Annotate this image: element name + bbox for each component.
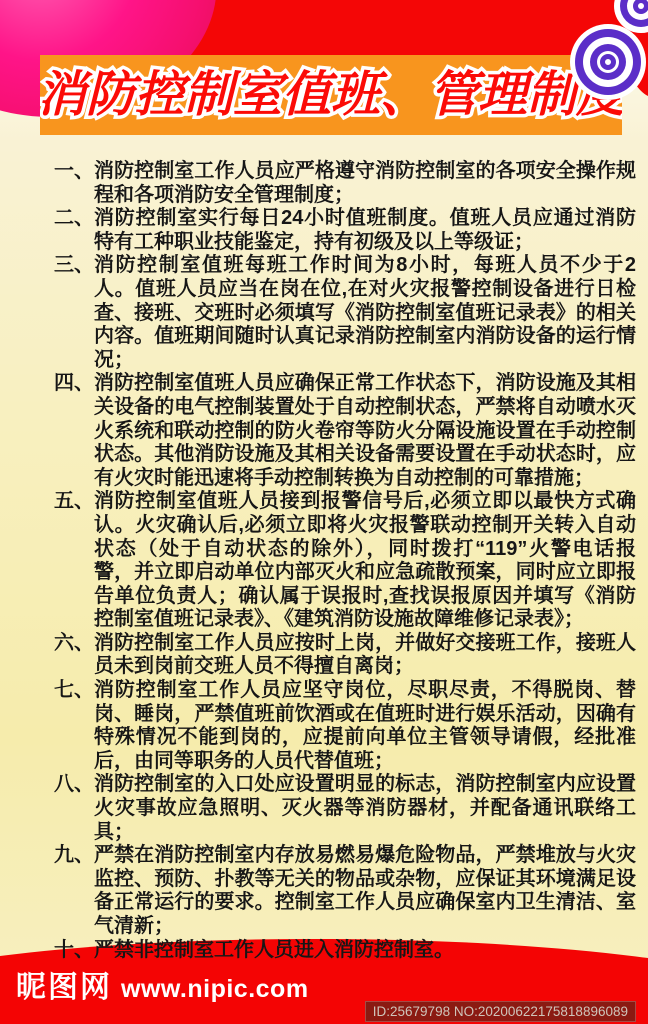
rule-text: 消防控制室值班人员接到报警信号后,必须立即以最快方式确认。火灾确认后,必须立即将… xyxy=(94,490,636,632)
rule-text: 消防控制室值班每班工作时间为8小时，每班人员不少于2人。值班人员应当在岗在位,在… xyxy=(94,254,636,372)
rule-item-2: 二、 消防控制室实行每日24小时值班制度。值班人员应通过消防特有工种职业技能鉴定… xyxy=(54,207,636,254)
rule-number: 三、 xyxy=(54,254,94,278)
rule-item-1: 一、 消防控制室工作人员应严格遵守消防控制室的各项安全操作规程和各项消防安全管理… xyxy=(54,160,636,207)
rule-item-3: 三、 消防控制室值班每班工作时间为8小时，每班人员不少于2人。值班人员应当在岗在… xyxy=(54,254,636,372)
rule-number: 八、 xyxy=(54,773,94,797)
rule-number: 七、 xyxy=(54,679,94,703)
rule-item-5: 五、 消防控制室值班人员接到报警信号后,必须立即以最快方式确认。火灾确认后,必须… xyxy=(54,490,636,632)
rule-item-9: 九、 严禁在消防控制室内存放易燃易爆危险物品，严禁堆放与火灾监控、预防、扑教等无… xyxy=(54,844,636,938)
rule-number: 六、 xyxy=(54,632,94,656)
rule-number: 九、 xyxy=(54,844,94,868)
rule-item-6: 六、 消防控制室工作人员应按时上岗，并做好交接班工作，接班人员未到岗前交班人员不… xyxy=(54,632,636,679)
image-id-badge: ID:25679798 NO:20200622175818896089 xyxy=(365,1001,636,1022)
large-bullseye-icon xyxy=(570,24,646,100)
rule-text: 严禁在消防控制室内存放易燃易爆危险物品，严禁堆放与火灾监控、预防、扑教等无关的物… xyxy=(94,844,636,938)
nipic-logo: 昵图网 xyxy=(16,962,112,1006)
rule-item-8: 八、 消防控制室的入口处应设置明显的标志，消防控制室内应设置火灾事故应急照明、灭… xyxy=(54,773,636,844)
page-title: 消防控制室值班、管理制度 xyxy=(40,68,622,122)
rule-text: 消防控制室工作人员应严格遵守消防控制室的各项安全操作规程和各项消防安全管理制度； xyxy=(94,160,636,207)
bullseye-circles-icon xyxy=(538,0,648,128)
title-banner: 消防控制室值班、管理制度 xyxy=(40,55,622,135)
rules-list: 一、 消防控制室工作人员应严格遵守消防控制室的各项安全操作规程和各项消防安全管理… xyxy=(54,160,636,962)
rule-text: 消防控制室值班人员应确保正常工作状态下，消防设施及其相关设备的电气控制装置处于自… xyxy=(94,372,636,490)
rule-item-7: 七、 消防控制室工作人员应坚守岗位，尽职尽责，不得脱岗、替岗、睡岗，严禁值班前饮… xyxy=(54,679,636,773)
rule-number: 二、 xyxy=(54,207,94,231)
rule-item-4: 四、 消防控制室值班人员应确保正常工作状态下，消防设施及其相关设备的电气控制装置… xyxy=(54,372,636,490)
nipic-url: www.nipic.com xyxy=(121,975,309,1004)
rule-text: 消防控制室实行每日24小时值班制度。值班人员应通过消防特有工种职业技能鉴定，持有… xyxy=(94,207,636,254)
rule-text: 消防控制室工作人员应按时上岗，并做好交接班工作，接班人员未到岗前交班人员不得擅自… xyxy=(94,632,636,679)
rule-number: 一、 xyxy=(54,160,94,184)
fire-control-room-duty-poster: 消防控制室值班、管理制度 一、 消防控制室工作人员应严格遵守消防控制室的各项安全… xyxy=(0,0,648,1024)
watermark-brand: 昵图网 www.nipic.com xyxy=(16,962,309,1006)
footer-bar: 昵图网 www.nipic.com ID:25679798 NO:2020062… xyxy=(0,930,648,1024)
rule-number: 四、 xyxy=(54,372,94,396)
rule-number: 五、 xyxy=(54,490,94,514)
rule-text: 消防控制室工作人员应坚守岗位，尽职尽责，不得脱岗、替岗、睡岗，严禁值班前饮酒或在… xyxy=(94,679,636,773)
rule-text: 消防控制室的入口处应设置明显的标志，消防控制室内应设置火灾事故应急照明、灭火器等… xyxy=(94,773,636,844)
